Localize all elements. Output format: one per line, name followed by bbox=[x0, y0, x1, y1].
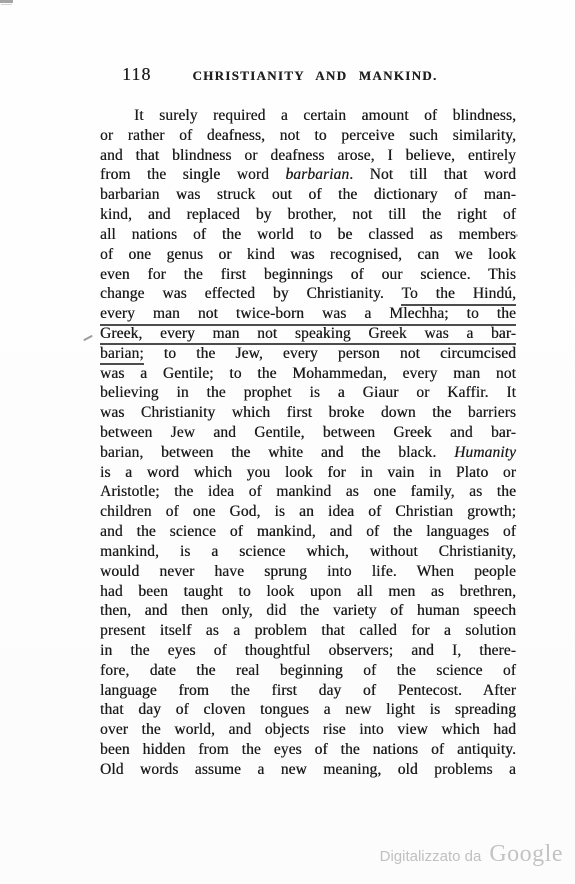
running-header: CHRISTIANITY AND MANKIND. bbox=[110, 68, 520, 84]
text-line: Old words assume a new meaning, old prob… bbox=[100, 760, 516, 780]
text-line: and that blindness or deafness arose, I … bbox=[100, 146, 516, 166]
text-line: fore, date the real beginning of the sci… bbox=[100, 661, 516, 681]
text-segment: was Christianity which first broke down … bbox=[100, 404, 516, 421]
text-line: all nations of the world to be classed a… bbox=[100, 225, 516, 245]
text-line: even for the first beginnings of our sci… bbox=[100, 265, 516, 285]
scan-artifact-corner-smudge bbox=[0, 0, 13, 3]
pen-underlined-text: Greek, every man not speaking Greek was … bbox=[100, 325, 516, 346]
text-segment: in the eyes of thoughtful observers; and… bbox=[100, 642, 516, 659]
text-line: would never have sprung into life. When … bbox=[100, 562, 516, 582]
text-segment: is a word which you look for in vain in … bbox=[100, 464, 516, 481]
text-segment: present itself as a problem that called … bbox=[100, 622, 516, 639]
text-segment: Aristotle; the idea of mankind as one fa… bbox=[100, 483, 516, 500]
text-segment: language from the first day of Pentecost… bbox=[100, 682, 516, 699]
text-line: barian; to the Jew, every person not cir… bbox=[100, 344, 516, 364]
text-line: from the single word barbarian. Not till… bbox=[100, 165, 516, 185]
margin-pencil-mark bbox=[83, 335, 93, 341]
google-watermark: Digitalizzato da Google bbox=[380, 841, 563, 868]
text-line: barbarian was struck out of the dictiona… bbox=[100, 185, 516, 205]
text-segment: children of one God, is an idea of Chris… bbox=[100, 503, 516, 520]
pen-underlined-text: To the Hindú, bbox=[401, 285, 516, 306]
text-segment: barian, between the white and the black. bbox=[100, 444, 454, 461]
text-segment: kind, and replaced by brother, not till … bbox=[100, 206, 516, 223]
text-segment: barbarian was struck out of the dictiona… bbox=[100, 186, 516, 203]
text-line: It surely required a certain amount of b… bbox=[100, 106, 516, 126]
text-segment: to the Jew, every person not circumcised bbox=[144, 345, 516, 362]
text-segment: mankind, is a science which, without Chr… bbox=[100, 543, 516, 560]
text-line: is a word which you look for in vain in … bbox=[100, 463, 516, 483]
text-segment: and that blindness or deafness arose, I … bbox=[100, 147, 516, 164]
text-segment: from the single word bbox=[100, 166, 285, 183]
scan-artifact-dot bbox=[515, 234, 518, 237]
pen-underlined-text: barian; bbox=[100, 345, 144, 366]
text-line: was a Gentile; to the Mohammedan, every … bbox=[100, 364, 516, 384]
text-line: then, and then only, did the variety of … bbox=[100, 601, 516, 621]
text-line: language from the first day of Pentecost… bbox=[100, 681, 516, 701]
text-segment: all nations of the world to be classed a… bbox=[100, 226, 516, 243]
text-line: that day of cloven tongues a new light i… bbox=[100, 700, 516, 720]
google-logo-text: Google bbox=[489, 841, 563, 868]
text-line: had been taught to look upon all men as … bbox=[100, 582, 516, 602]
watermark-text: Digitalizzato da bbox=[380, 848, 482, 865]
text-segment: It surely required a certain amount of b… bbox=[134, 107, 516, 124]
text-line: Aristotle; the idea of mankind as one fa… bbox=[100, 482, 516, 502]
text-segment: between Jew and Gentile, between Greek a… bbox=[100, 424, 516, 441]
text-line: present itself as a problem that called … bbox=[100, 621, 516, 641]
text-line: been hidden from the eyes of the nations… bbox=[100, 740, 516, 760]
text-segment: or rather of deafness, not to perceive s… bbox=[100, 127, 516, 144]
text-line: of one genus or kind was recognised, can… bbox=[100, 245, 516, 265]
text-line: every man not twice-born was a Mlechha; … bbox=[100, 304, 516, 324]
text-segment: had been taught to look upon all men as … bbox=[100, 583, 516, 600]
text-segment: fore, date the real beginning of the sci… bbox=[100, 662, 516, 679]
pen-underlined-text: every man not twice-born was a Mlechha; … bbox=[100, 305, 516, 326]
text-segment: would never have sprung into life. When … bbox=[100, 563, 516, 580]
text-block: It surely required a certain amount of b… bbox=[100, 106, 516, 780]
text-segment: change was effected by Christianity. bbox=[100, 285, 401, 302]
text-line: and the science of mankind, and of the l… bbox=[100, 522, 516, 542]
text-line: mankind, is a science which, without Chr… bbox=[100, 542, 516, 562]
text-line: barian, between the white and the black.… bbox=[100, 443, 516, 463]
text-segment: barbarian bbox=[285, 166, 349, 183]
text-line: Greek, every man not speaking Greek was … bbox=[100, 324, 516, 344]
text-segment: of one genus or kind was recognised, can… bbox=[100, 246, 516, 263]
text-segment: even for the first beginnings of our sci… bbox=[100, 266, 516, 283]
text-line: between Jew and Gentile, between Greek a… bbox=[100, 423, 516, 443]
book-page: 118 CHRISTIANITY AND MANKIND. It surely … bbox=[0, 0, 575, 884]
text-segment: Humanity bbox=[454, 444, 516, 461]
text-line: was Christianity which first broke down … bbox=[100, 403, 516, 423]
text-segment: . Not till that word bbox=[349, 166, 516, 183]
text-segment: then, and then only, did the variety of … bbox=[100, 602, 516, 619]
text-line: kind, and replaced by brother, not till … bbox=[100, 205, 516, 225]
text-line: believing in the prophet is a Giaur or K… bbox=[100, 383, 516, 403]
text-segment: over the world, and objects rise into vi… bbox=[100, 721, 516, 738]
text-segment: was a Gentile; to the Mohammedan, every … bbox=[100, 365, 516, 382]
text-line: children of one God, is an idea of Chris… bbox=[100, 502, 516, 522]
text-segment: that day of cloven tongues a new light i… bbox=[100, 701, 516, 718]
text-line: change was effected by Christianity. To … bbox=[100, 284, 516, 304]
text-line: or rather of deafness, not to perceive s… bbox=[100, 126, 516, 146]
page-header: 118 CHRISTIANITY AND MANKIND. bbox=[100, 64, 516, 86]
text-segment: been hidden from the eyes of the nations… bbox=[100, 741, 516, 758]
text-segment: believing in the prophet is a Giaur or K… bbox=[100, 384, 516, 401]
text-line: over the world, and objects rise into vi… bbox=[100, 720, 516, 740]
text-segment: and the science of mankind, and of the l… bbox=[100, 523, 516, 540]
text-segment: Old words assume a new meaning, old prob… bbox=[100, 761, 516, 778]
text-line: in the eyes of thoughtful observers; and… bbox=[100, 641, 516, 661]
